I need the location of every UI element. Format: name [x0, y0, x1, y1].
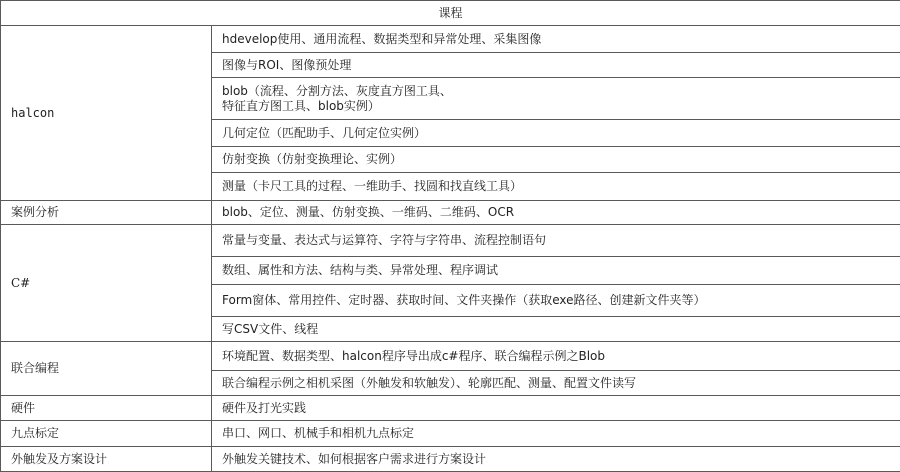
category-external-trigger: 外触发及方案设计	[1, 447, 212, 472]
topic-cell: 数组、属性和方法、结构与类、异常处理、程序调试	[212, 257, 900, 285]
topic-cell: 几何定位（匹配助手、几何定位实例）	[212, 120, 900, 147]
topic-cell: 环境配置、数据类型、halcon程序导出成c#程序、联合编程示例之Blob	[212, 342, 900, 371]
table-row: 联合编程 环境配置、数据类型、halcon程序导出成c#程序、联合编程示例之Bl…	[1, 342, 900, 371]
topic-cell: 外触发关键技术、如何根据客户需求进行方案设计	[212, 447, 900, 472]
category-nine-point-calibration: 九点标定	[1, 421, 212, 447]
category-hardware: 硬件	[1, 396, 212, 421]
topic-cell: 测量（卡尺工具的过程、一维助手、找圆和找直线工具）	[212, 173, 900, 201]
table-row: C# 常量与变量、表达式与运算符、字符与字符串、流程控制语句	[1, 225, 900, 257]
category-case-analysis: 案例分析	[1, 201, 212, 225]
topic-cell: 联合编程示例之相机采图（外触发和软触发）、轮廓匹配、测量、配置文件读写	[212, 371, 900, 396]
topic-cell: 写CSV文件、线程	[212, 317, 900, 342]
table-row: 硬件 硬件及打光实践	[1, 396, 900, 421]
table-header: 课程	[1, 1, 900, 26]
table-header-row: 课程	[1, 1, 900, 26]
topic-cell: 硬件及打光实践	[212, 396, 900, 421]
table-row: 九点标定 串口、网口、机械手和相机九点标定	[1, 421, 900, 447]
category-halcon: halcon	[1, 26, 212, 201]
topic-cell: 仿射变换（仿射变换理论、实例）	[212, 147, 900, 173]
topic-cell: 常量与变量、表达式与运算符、字符与字符串、流程控制语句	[212, 225, 900, 257]
category-joint-programming: 联合编程	[1, 342, 212, 396]
topic-cell: hdevelop使用、通用流程、数据类型和异常处理、采集图像	[212, 26, 900, 53]
topic-cell: blob（流程、分割方法、灰度直方图工具、 特征直方图工具、blob实例）	[212, 78, 900, 120]
topic-cell: Form窗体、常用控件、定时器、获取时间、文件夹操作（获取exe路径、创建新文件…	[212, 285, 900, 317]
table-row: 外触发及方案设计 外触发关键技术、如何根据客户需求进行方案设计	[1, 447, 900, 472]
topic-cell: 图像与ROI、图像预处理	[212, 53, 900, 78]
topic-cell: blob、定位、测量、仿射变换、一维码、二维码、OCR	[212, 201, 900, 225]
category-csharp: C#	[1, 225, 212, 342]
topic-line: blob（流程、分割方法、灰度直方图工具、	[222, 84, 900, 99]
course-table: 课程 halcon hdevelop使用、通用流程、数据类型和异常处理、采集图像…	[0, 0, 900, 471]
table-row: 案例分析 blob、定位、测量、仿射变换、一维码、二维码、OCR	[1, 201, 900, 225]
topic-cell: 串口、网口、机械手和相机九点标定	[212, 421, 900, 447]
table-row: halcon hdevelop使用、通用流程、数据类型和异常处理、采集图像	[1, 26, 900, 53]
topic-line: 特征直方图工具、blob实例）	[222, 99, 900, 114]
